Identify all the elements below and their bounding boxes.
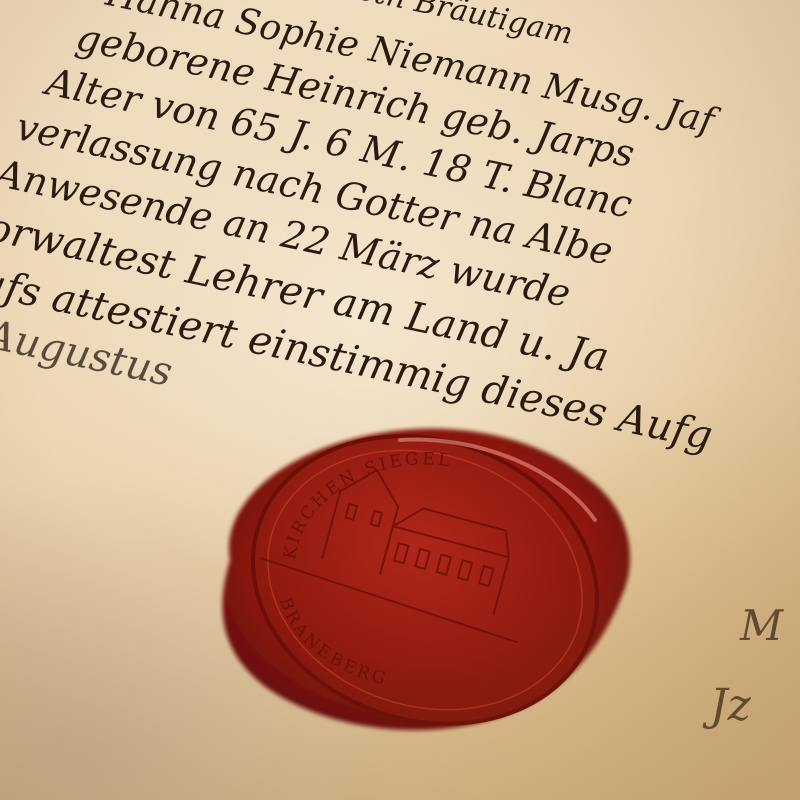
margin-handwriting: Jz <box>702 680 752 731</box>
wax-seal: KIRCHEN SIEGEL BRANEBERG <box>200 410 640 740</box>
document-photo: 1856 an verfrstn Bräutigam Hanna Sophie … <box>0 0 800 800</box>
margin-handwriting: M <box>739 601 784 650</box>
wax-seal-graphic: KIRCHEN SIEGEL BRANEBERG <box>200 410 640 740</box>
